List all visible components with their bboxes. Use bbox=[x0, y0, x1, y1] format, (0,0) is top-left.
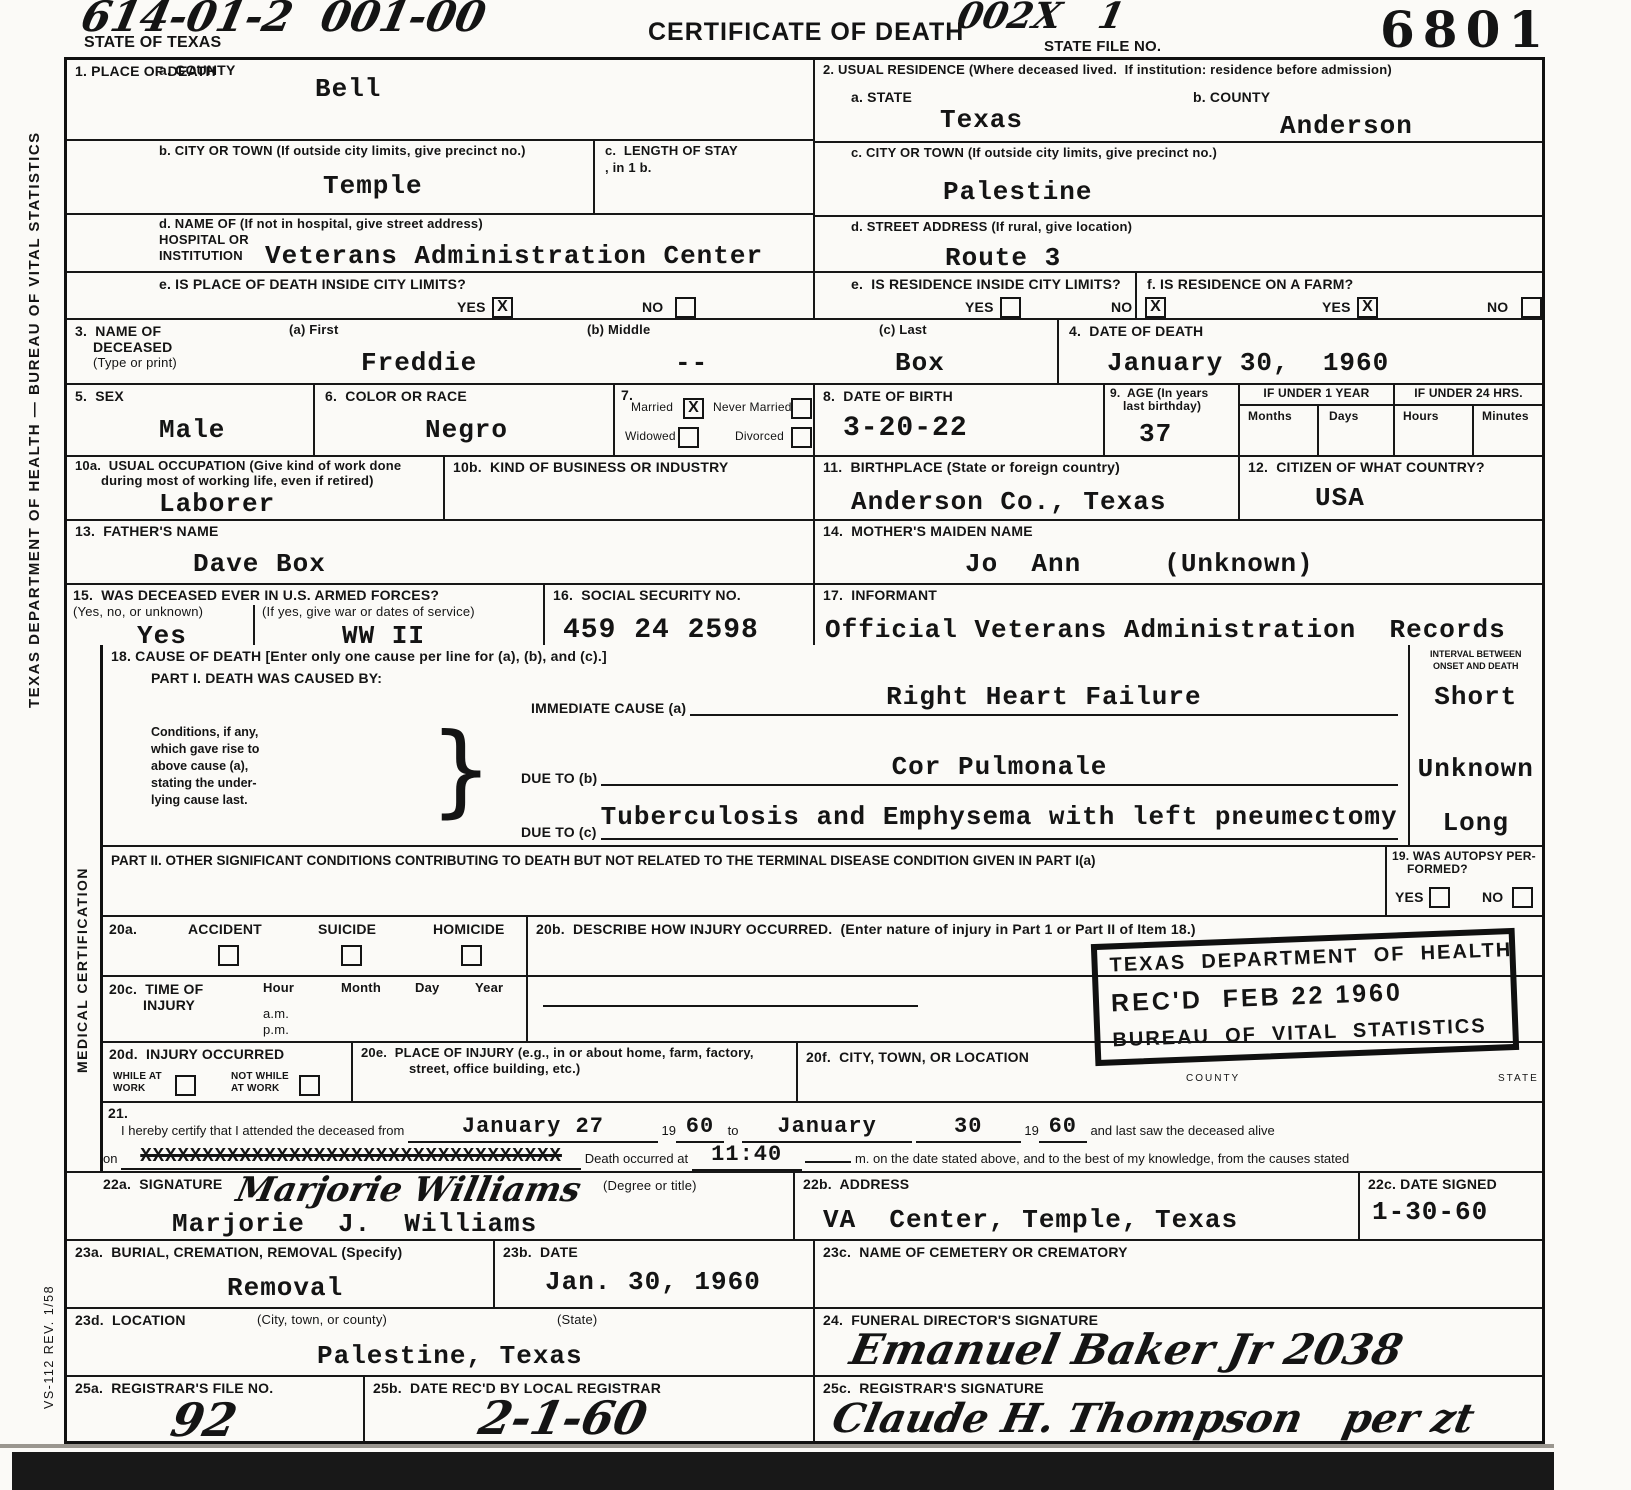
citizenship-label: 12. CITIZEN OF WHAT COUNTRY? bbox=[1248, 459, 1485, 475]
medical-certification-section: 18. CAUSE OF DEATH [Enter only one cause… bbox=[100, 645, 1542, 1171]
never-married-label: Never Married bbox=[713, 401, 792, 415]
marital-status-cell: 7. Married X Never Married Widowed Divor… bbox=[613, 385, 813, 455]
brace-glyph: } bbox=[401, 720, 521, 840]
cert-y2-value: 60 bbox=[1049, 1114, 1077, 1139]
days-label: Days bbox=[1329, 410, 1359, 424]
residence-city-value: Palestine bbox=[943, 179, 1092, 205]
under-1-year-cell: IF UNDER 1 YEAR Months Days bbox=[1238, 385, 1393, 455]
months-cell: Months bbox=[1240, 406, 1317, 455]
pm-label: p.m. bbox=[263, 1023, 289, 1038]
city-length-row: b. CITY OR TOWN (If outside city limits,… bbox=[67, 139, 813, 213]
due-to-b-line: DUE TO (b) Cor Pulmonale bbox=[521, 758, 1398, 786]
row-occupation-birthplace: 10a. USUAL OCCUPATION (Give kind of work… bbox=[67, 455, 1542, 519]
race-label: 6. COLOR OR RACE bbox=[325, 388, 467, 404]
yes-label: YES bbox=[457, 299, 486, 315]
divorced-label: Divorced bbox=[735, 430, 784, 444]
due-to-lines: DUE TO (b) Cor Pulmonale DUE TO (c) Tube… bbox=[521, 724, 1408, 840]
residence-county-cell: b. COUNTY Anderson bbox=[1185, 87, 1542, 141]
handwritten-code-right: 002X 1 bbox=[954, 0, 1127, 34]
cert-y1-value: 60 bbox=[686, 1114, 714, 1139]
cause-of-death-label: 18. CAUSE OF DEATH [Enter only one cause… bbox=[111, 648, 1408, 664]
death-city-limits-cell: e. IS PLACE OF DEATH INSIDE CITY LIMITS?… bbox=[67, 271, 813, 318]
accident-label: ACCIDENT bbox=[188, 921, 262, 937]
occupation-value: Laborer bbox=[159, 491, 275, 517]
residence-city-cell: c. CITY OR TOWN (If outside city limits,… bbox=[815, 141, 1542, 215]
informant-value: Official Veterans Administration Records bbox=[825, 617, 1506, 643]
burial-type-cell: 23a. BURIAL, CREMATION, REMOVAL (Specify… bbox=[67, 1241, 493, 1307]
county-cell: a. COUNTY Bell bbox=[67, 87, 813, 139]
stamp-line1: TEXAS DEPARTMENT OF HEALTH bbox=[1109, 940, 1500, 978]
mother-name-label: 14. MOTHER'S MAIDEN NAME bbox=[823, 523, 1033, 539]
never-married-checkbox bbox=[791, 398, 812, 419]
injury-answer-underline bbox=[543, 995, 918, 1007]
registrar-signature-label: 25c. REGISTRAR'S SIGNATURE bbox=[823, 1380, 1044, 1396]
conditions-note-line: above cause (a), bbox=[151, 758, 401, 775]
death-limits-no-checkbox bbox=[675, 297, 696, 318]
part1-label: PART I. DEATH WAS CAUSED BY: bbox=[151, 670, 1408, 686]
county-label: a. COUNTY bbox=[159, 62, 235, 78]
death-limits-yes-checkbox: X bbox=[492, 297, 513, 318]
days-cell: Days bbox=[1317, 406, 1393, 455]
immediate-cause-label: IMMEDIATE CAUSE (a) bbox=[531, 700, 686, 716]
not-while-line2: AT WORK bbox=[231, 1083, 279, 1094]
registrar-date-value: 2-1-60 bbox=[475, 1395, 651, 1441]
cert-tail-text: and last saw the deceased alive bbox=[1090, 1123, 1274, 1138]
residence-county-value: Anderson bbox=[1280, 113, 1413, 139]
street-address-cell: d. STREET ADDRESS (If rural, give locati… bbox=[815, 215, 1542, 271]
place-of-injury-cell: 20e. PLACE OF INJURY (e.g., in or about … bbox=[351, 1043, 796, 1101]
interval-b-value: Unknown bbox=[1418, 756, 1534, 782]
first-name-value: Freddie bbox=[361, 350, 477, 376]
due-to-c-line: DUE TO (c) Tuberculosis and Emphysema wi… bbox=[521, 812, 1398, 840]
father-name-cell: 13. FATHER'S NAME Dave Box bbox=[67, 521, 813, 583]
scan-bottom-bar bbox=[12, 1452, 1554, 1490]
row-certification: 21. I hereby certify that I attended the… bbox=[103, 1101, 1542, 1171]
cert-pre-text: I hereby certify that I attended the dec… bbox=[121, 1123, 404, 1138]
date-of-birth-value: 3-20-22 bbox=[843, 415, 968, 443]
physician-name-typed: Marjorie J. Williams bbox=[172, 1211, 537, 1237]
immediate-cause-value: Right Heart Failure bbox=[886, 682, 1201, 712]
checkbox-mark: X bbox=[685, 400, 702, 416]
divider bbox=[253, 605, 255, 645]
name-of-deceased-cell: 3. NAME OF DECEASED (Type or print) (a) … bbox=[67, 320, 1057, 383]
due-to-c-underline: Tuberculosis and Emphysema with left pne… bbox=[601, 812, 1398, 840]
last-name-value: Box bbox=[895, 350, 945, 376]
received-stamp: TEXAS DEPARTMENT OF HEALTH REC'D FEB 22 … bbox=[1091, 928, 1519, 1066]
row-part2-autopsy: PART II. OTHER SIGNIFICANT CONDITIONS CO… bbox=[103, 845, 1542, 915]
stamp-line3: BUREAU OF VITAL STATISTICS bbox=[1112, 1014, 1503, 1052]
cert-struck-value: XXXXXXXXXXXXXXXXXXXXXXXXXXXXXXXXXX bbox=[140, 1145, 562, 1167]
row-parents: 13. FATHER'S NAME Dave Box 14. MOTHER'S … bbox=[67, 519, 1542, 583]
homicide-label: HOMICIDE bbox=[433, 921, 505, 937]
ssn-label: 16. SOCIAL SECURITY NO. bbox=[553, 587, 741, 603]
name-label3: (Type or print) bbox=[93, 356, 177, 371]
middle-name-label: (b) Middle bbox=[587, 323, 650, 338]
state-file-no-label: STATE FILE NO. bbox=[1044, 38, 1161, 55]
suicide-checkbox bbox=[341, 945, 362, 966]
street-address-label: d. STREET ADDRESS (If rural, give locati… bbox=[851, 220, 1132, 235]
item-20a-label: 20a. bbox=[109, 921, 137, 937]
residence-farm-cell: f. IS RESIDENCE ON A FARM? YES X NO bbox=[1135, 273, 1542, 318]
hospital-value: Veterans Administration Center bbox=[265, 243, 763, 269]
day-label: Day bbox=[415, 981, 439, 996]
county-small-label: COUNTY bbox=[1186, 1073, 1240, 1085]
mother-name-value: Jo Ann (Unknown) bbox=[965, 551, 1314, 577]
minutes-cell: Minutes bbox=[1472, 406, 1542, 455]
occupation-cell: 10a. USUAL OCCUPATION (Give kind of work… bbox=[67, 457, 443, 519]
middle-name-value: -- bbox=[675, 350, 708, 376]
while-at-work-label: WHILE ATWORK bbox=[113, 1071, 162, 1094]
under-24-hrs-label: IF UNDER 24 HRS. bbox=[1395, 385, 1542, 404]
age-value: 37 bbox=[1139, 421, 1172, 447]
residence-limits-farm-row: e. IS RESIDENCE INSIDE CITY LIMITS? YES … bbox=[815, 271, 1542, 318]
hospital-label2: HOSPITAL OR bbox=[159, 233, 249, 248]
residence-farm-no-checkbox bbox=[1521, 297, 1542, 318]
location-label: 23d. LOCATION bbox=[75, 1312, 186, 1328]
occupation-label1: 10a. USUAL OCCUPATION (Give kind of work… bbox=[75, 459, 401, 474]
row-registrar: 25a. REGISTRAR'S FILE NO. 92 25b. DATE R… bbox=[67, 1375, 1542, 1441]
cert-on-text: on bbox=[103, 1151, 117, 1166]
margin-agency-label: TEXAS DEPARTMENT OF HEALTH — BUREAU OF V… bbox=[26, 115, 43, 725]
armed-forces-label: 15. WAS DECEASED EVER IN U.S. ARMED FORC… bbox=[73, 587, 439, 603]
signature-label: 22a. SIGNATURE bbox=[103, 1176, 222, 1192]
suicide-label: SUICIDE bbox=[318, 921, 376, 937]
residence-city-limits-cell: e. IS RESIDENCE INSIDE CITY LIMITS? YES … bbox=[815, 273, 1135, 318]
date-signed-label: 22c. DATE SIGNED bbox=[1368, 1176, 1497, 1192]
section-place-of-death: 1. PLACE OF DEATH a. COUNTY Bell b. CITY… bbox=[67, 60, 813, 318]
burial-date-value: Jan. 30, 1960 bbox=[545, 1269, 761, 1295]
while-at-work-checkbox bbox=[175, 1075, 196, 1096]
interval-header: INTERVAL BETWEEN ONSET AND DEATH bbox=[1430, 649, 1522, 672]
cert-time-value: 11:40 bbox=[711, 1142, 782, 1167]
interval-c-value: Long bbox=[1443, 810, 1509, 836]
month-label: Month bbox=[341, 981, 381, 996]
cert-to-text: to bbox=[728, 1123, 739, 1138]
no-label: NO bbox=[1482, 889, 1503, 905]
residence-state-cell: a. STATE Texas bbox=[815, 87, 1185, 141]
residence-farm-label: f. IS RESIDENCE ON A FARM? bbox=[1147, 276, 1353, 292]
autopsy-yes-checkbox bbox=[1429, 887, 1450, 908]
row-location-funeral: 23d. LOCATION (City, town, or county) (S… bbox=[67, 1307, 1542, 1375]
date-of-death-label: 4. DATE OF DEATH bbox=[1069, 323, 1203, 339]
state-small-label: STATE bbox=[1498, 1073, 1539, 1085]
divorced-checkbox bbox=[791, 427, 812, 448]
scan-edge-line bbox=[0, 1444, 1554, 1448]
mother-name-cell: 14. MOTHER'S MAIDEN NAME Jo Ann (Unknown… bbox=[813, 521, 1542, 583]
due-to-b-underline: Cor Pulmonale bbox=[601, 758, 1397, 786]
autopsy-no-checkbox bbox=[1512, 887, 1533, 908]
armed-forces-cell: 15. WAS DECEASED EVER IN U.S. ARMED FORC… bbox=[67, 585, 543, 645]
industry-cell: 10b. KIND OF BUSINESS OR INDUSTRY bbox=[443, 457, 813, 519]
physician-signature-script: Marjorie Williams bbox=[233, 1173, 583, 1207]
cert-today-value: 30 bbox=[954, 1114, 982, 1139]
no-label: NO bbox=[1487, 299, 1508, 315]
married-label: Married bbox=[631, 401, 673, 415]
time-of-injury-label1: 20c. TIME OF bbox=[109, 981, 203, 997]
row-cause-of-death: 18. CAUSE OF DEATH [Enter only one cause… bbox=[103, 645, 1542, 845]
burial-type-value: Removal bbox=[227, 1275, 343, 1301]
describe-injury-label: 20b. DESCRIBE HOW INJURY OCCURRED. (Ente… bbox=[536, 921, 1196, 937]
physician-address-cell: 22b. ADDRESS VA Center, Temple, Texas bbox=[793, 1173, 1358, 1239]
registrar-file-cell: 25a. REGISTRAR'S FILE NO. 92 bbox=[67, 1377, 363, 1441]
armed-forces-sub1: (Yes, no, or unknown) bbox=[73, 605, 203, 620]
no-label: NO bbox=[1111, 299, 1132, 315]
hospital-cell: d. NAME OF (If not in hospital, give str… bbox=[67, 213, 813, 271]
due-to-b-value: Cor Pulmonale bbox=[892, 752, 1108, 782]
residence-county-label: b. COUNTY bbox=[1193, 89, 1270, 105]
under-1-year-subcells: Months Days bbox=[1240, 404, 1393, 455]
race-cell: 6. COLOR OR RACE Negro bbox=[313, 385, 613, 455]
interval-header-line1: INTERVAL BETWEEN bbox=[1430, 649, 1522, 661]
father-name-label: 13. FATHER'S NAME bbox=[75, 523, 219, 539]
immediate-cause-underline: Right Heart Failure bbox=[690, 688, 1397, 716]
cert-y2-underline: 60 bbox=[1039, 1119, 1087, 1143]
place-of-injury-label1: 20e. PLACE OF INJURY (e.g., in or about … bbox=[361, 1046, 754, 1061]
time-of-injury-label2: INJURY bbox=[143, 997, 195, 1013]
autopsy-cell: 19. WAS AUTOPSY PER- FORMED? YES NO bbox=[1385, 847, 1542, 915]
sex-cell: 5. SEX Male bbox=[67, 385, 313, 455]
part2-cell: PART II. OTHER SIGNIFICANT CONDITIONS CO… bbox=[103, 847, 1385, 915]
yes-label: YES bbox=[1395, 889, 1424, 905]
address-value: VA Center, Temple, Texas bbox=[823, 1207, 1238, 1233]
injury-occurred-label: 20d. INJURY OCCURRED bbox=[109, 1046, 284, 1062]
physician-signature-cell: 22a. SIGNATURE Marjorie Williams Marjori… bbox=[67, 1173, 793, 1239]
cert-death-at-text: Death occurred at bbox=[585, 1151, 688, 1166]
name-label2: DECEASED bbox=[93, 339, 172, 355]
hospital-label: d. NAME OF (If not in hospital, give str… bbox=[159, 217, 483, 232]
cemetery-label: 23c. NAME OF CEMETERY OR CREMATORY bbox=[823, 1244, 1128, 1260]
not-while-at-work-label: NOT WHILEAT WORK bbox=[231, 1071, 289, 1094]
cert-from-underline: January 27 bbox=[408, 1119, 658, 1143]
registrar-file-value: 92 bbox=[167, 1397, 241, 1443]
row-forces-ssn-informant: 15. WAS DECEASED EVER IN U.S. ARMED FORC… bbox=[67, 583, 1542, 645]
cert-19b-text: 19 bbox=[1024, 1123, 1038, 1138]
cert-19-text: 19 bbox=[662, 1123, 676, 1138]
date-signed-value: 1-30-60 bbox=[1372, 1199, 1488, 1225]
burial-date-label: 23b. DATE bbox=[503, 1244, 578, 1260]
conditions-note-line: lying cause last. bbox=[151, 792, 401, 809]
length-of-stay-label2: , in 1 b. bbox=[605, 161, 652, 176]
last-name-label: (c) Last bbox=[879, 323, 927, 338]
age-cell: 9. AGE (In years last birthday) 37 bbox=[1103, 385, 1238, 455]
residence-limits-yes-checkbox bbox=[1000, 297, 1021, 318]
row-name-dateofdeath: 3. NAME OF DECEASED (Type or print) (a) … bbox=[67, 318, 1542, 383]
injury-city-label: 20f. CITY, TOWN, OR LOCATION bbox=[806, 1049, 1029, 1065]
while-at-work-line2: WORK bbox=[113, 1083, 145, 1094]
burial-date-cell: 23b. DATE Jan. 30, 1960 bbox=[493, 1241, 813, 1307]
homicide-checkbox bbox=[461, 945, 482, 966]
autopsy-label2: FORMED? bbox=[1407, 863, 1468, 877]
section-usual-residence: 2. USUAL RESIDENCE (Where deceased lived… bbox=[813, 60, 1542, 318]
registrar-file-label: 25a. REGISTRAR'S FILE NO. bbox=[75, 1380, 273, 1396]
death-city-limits-label: e. IS PLACE OF DEATH INSIDE CITY LIMITS? bbox=[159, 276, 466, 292]
injury-occurred-cell: 20d. INJURY OCCURRED WHILE ATWORK NOT WH… bbox=[103, 1043, 351, 1101]
certification-line2: on XXXXXXXXXXXXXXXXXXXXXXXXXXXXXXXXXX De… bbox=[103, 1147, 1536, 1171]
residence-state-value: Texas bbox=[940, 107, 1023, 133]
widowed-label: Widowed bbox=[625, 430, 676, 444]
cert-time-underline: 11:40 bbox=[692, 1147, 802, 1171]
cert-m-tail-text: m. on the date stated above, and to the … bbox=[855, 1151, 1349, 1166]
residence-limits-label: e. IS RESIDENCE INSIDE CITY LIMITS? bbox=[851, 276, 1121, 292]
birthplace-label: 11. BIRTHPLACE (State or foreign country… bbox=[823, 459, 1120, 475]
cert-y1-underline: 60 bbox=[676, 1119, 724, 1143]
usual-residence-label: 2. USUAL RESIDENCE (Where deceased lived… bbox=[815, 60, 1542, 87]
birthplace-cell: 11. BIRTHPLACE (State or foreign country… bbox=[813, 457, 1238, 519]
minutes-label: Minutes bbox=[1482, 410, 1529, 424]
city-cell: b. CITY OR TOWN (If outside city limits,… bbox=[67, 141, 593, 213]
funeral-director-signature: Emanuel Baker Jr 2038 bbox=[847, 1329, 1407, 1371]
armed-forces-sub2: (If yes, give war or dates of service) bbox=[262, 605, 475, 620]
state-of-texas-label: STATE OF TEXAS bbox=[84, 34, 221, 52]
no-label: NO bbox=[642, 299, 663, 315]
row-burial: 23a. BURIAL, CREMATION, REMOVAL (Specify… bbox=[67, 1239, 1542, 1307]
year-label: Year bbox=[475, 981, 503, 996]
sex-value: Male bbox=[159, 417, 225, 443]
months-label: Months bbox=[1248, 410, 1292, 424]
hours-cell: Hours bbox=[1395, 406, 1472, 455]
citizenship-cell: 12. CITIZEN OF WHAT COUNTRY? USA bbox=[1238, 457, 1542, 519]
certificate-title: CERTIFICATE OF DEATH bbox=[648, 18, 964, 47]
time-of-injury-cell: 20c. TIME OF INJURY Hour a.m. p.m. Month… bbox=[103, 977, 526, 1041]
certification-line1: I hereby certify that I attended the dec… bbox=[121, 1119, 1536, 1143]
length-of-stay-label: c. LENGTH OF STAY bbox=[605, 144, 738, 159]
cert-m-underline bbox=[805, 1151, 851, 1163]
cert-from-value: January 27 bbox=[462, 1114, 604, 1139]
burial-location-cell: 23d. LOCATION (City, town, or county) (S… bbox=[67, 1309, 813, 1375]
date-of-birth-cell: 8. DATE OF BIRTH 3-20-22 bbox=[813, 385, 1103, 455]
county-value: Bell bbox=[315, 76, 381, 102]
cert-tomonth-underline: January bbox=[742, 1119, 912, 1143]
certificate-form: 1. PLACE OF DEATH a. COUNTY Bell b. CITY… bbox=[64, 57, 1545, 1444]
citizenship-value: USA bbox=[1315, 485, 1365, 511]
location-sub1: (City, town, or county) bbox=[257, 1313, 387, 1328]
married-checkbox: X bbox=[683, 398, 704, 419]
cert-lastseen-underline: XXXXXXXXXXXXXXXXXXXXXXXXXXXXXXXXXX bbox=[121, 1149, 581, 1170]
while-at-work-line1: WHILE AT bbox=[113, 1071, 162, 1082]
registrar-signature-value: Claude H. Thompson per zt bbox=[829, 1399, 1478, 1439]
registrar-signature-cell: 25c. REGISTRAR'S SIGNATURE Claude H. Tho… bbox=[813, 1377, 1542, 1441]
state-file-number: 6801 bbox=[1380, 0, 1551, 59]
not-while-at-work-checkbox bbox=[299, 1075, 320, 1096]
residence-state-label: a. STATE bbox=[851, 89, 912, 105]
informant-label: 17. INFORMANT bbox=[823, 587, 937, 603]
ssn-value: 459 24 2598 bbox=[563, 617, 759, 645]
residence-city-label: c. CITY OR TOWN (If outside city limits,… bbox=[851, 146, 1217, 161]
street-address-value: Route 3 bbox=[945, 245, 1061, 271]
accident-suicide-homicide-cell: 20a. ACCIDENT SUICIDE HOMICIDE bbox=[103, 917, 526, 975]
location-value: Palestine, Texas bbox=[317, 1343, 583, 1369]
interval-a-value: Short bbox=[1434, 684, 1517, 710]
address-label: 22b. ADDRESS bbox=[803, 1176, 909, 1192]
widowed-checkbox bbox=[678, 427, 699, 448]
am-label: a.m. bbox=[263, 1007, 289, 1022]
yes-label: YES bbox=[965, 299, 994, 315]
date-of-death-value: January 30, 1960 bbox=[1107, 350, 1389, 376]
under-24-hrs-subcells: Hours Minutes bbox=[1395, 404, 1542, 455]
handwritten-code-left: 614-01-2 001-00 bbox=[78, 0, 490, 38]
due-to-grid: Conditions, if any, which gave rise to a… bbox=[111, 724, 1408, 840]
hour-label: Hour bbox=[263, 981, 294, 996]
burial-type-label: 23a. BURIAL, CREMATION, REMOVAL (Specify… bbox=[75, 1244, 402, 1260]
row-physician-signature: 22a. SIGNATURE Marjorie Williams Marjori… bbox=[67, 1171, 1542, 1239]
yes-label: YES bbox=[1322, 299, 1351, 315]
cert-today-underline: 30 bbox=[916, 1119, 1021, 1143]
cemetery-cell: 23c. NAME OF CEMETERY OR CREMATORY bbox=[813, 1241, 1542, 1307]
row-sex-race-birth: 5. SEX Male 6. COLOR OR RACE Negro 7. Ma… bbox=[67, 383, 1542, 455]
checkbox-mark: X bbox=[1359, 299, 1376, 315]
first-name-label: (a) First bbox=[289, 323, 338, 338]
funeral-director-cell: 24. FUNERAL DIRECTOR'S SIGNATURE Emanuel… bbox=[813, 1309, 1542, 1375]
industry-label: 10b. KIND OF BUSINESS OR INDUSTRY bbox=[453, 459, 728, 475]
conditions-note-line: Conditions, if any, bbox=[151, 724, 401, 741]
birthplace-value: Anderson Co., Texas bbox=[851, 489, 1166, 515]
date-of-death-cell: 4. DATE OF DEATH January 30, 1960 bbox=[1057, 320, 1542, 383]
checkbox-mark: X bbox=[494, 299, 511, 315]
degree-or-title-label: (Degree or title) bbox=[603, 1179, 697, 1194]
date-signed-cell: 22c. DATE SIGNED 1-30-60 bbox=[1358, 1173, 1542, 1239]
interval-column: INTERVAL BETWEEN ONSET AND DEATH Short U… bbox=[1408, 645, 1542, 845]
interval-header-line2: ONSET AND DEATH bbox=[1430, 661, 1522, 673]
conditions-note: Conditions, if any, which gave rise to a… bbox=[111, 724, 401, 840]
sex-label: 5. SEX bbox=[75, 388, 124, 404]
conditions-note-line: stating the under- bbox=[151, 775, 401, 792]
age-label2: last birthday) bbox=[1123, 400, 1201, 414]
death-certificate-sheet: TEXAS DEPARTMENT OF HEALTH — BUREAU OF V… bbox=[0, 0, 1631, 1490]
conditions-note-line: which gave rise to bbox=[151, 741, 401, 758]
under-1-year-label: IF UNDER 1 YEAR bbox=[1240, 385, 1393, 404]
date-of-birth-label: 8. DATE OF BIRTH bbox=[823, 388, 953, 404]
due-to-c-label: DUE TO (c) bbox=[521, 824, 597, 840]
location-sub2: (State) bbox=[557, 1313, 597, 1328]
not-while-line1: NOT WHILE bbox=[231, 1071, 289, 1082]
father-name-value: Dave Box bbox=[193, 551, 326, 577]
name-label1: 3. NAME OF bbox=[75, 323, 161, 339]
place-of-injury-label2: street, office building, etc.) bbox=[409, 1062, 580, 1077]
residence-farm-yes-checkbox: X bbox=[1357, 297, 1378, 318]
cert-tomonth-value: January bbox=[777, 1114, 876, 1139]
occupation-label2: during most of working life, even if ret… bbox=[101, 474, 374, 489]
accident-checkbox bbox=[218, 945, 239, 966]
hospital-label3: INSTITUTION bbox=[159, 249, 243, 264]
cause-of-death-main: 18. CAUSE OF DEATH [Enter only one cause… bbox=[103, 645, 1408, 845]
city-label: b. CITY OR TOWN (If outside city limits,… bbox=[159, 144, 526, 159]
race-value: Negro bbox=[425, 417, 508, 443]
state-county-row: a. STATE Texas b. COUNTY Anderson bbox=[815, 87, 1542, 141]
due-to-b-label: DUE TO (b) bbox=[521, 770, 597, 786]
under-24-hrs-cell: IF UNDER 24 HRS. Hours Minutes bbox=[1393, 385, 1542, 455]
due-to-c-value: Tuberculosis and Emphysema with left pne… bbox=[601, 802, 1398, 832]
length-of-stay-cell: c. LENGTH OF STAY , in 1 b. bbox=[593, 141, 813, 213]
informant-cell: 17. INFORMANT Official Veterans Administ… bbox=[813, 585, 1542, 645]
hours-label: Hours bbox=[1403, 410, 1439, 424]
immediate-cause-line: IMMEDIATE CAUSE (a) Right Heart Failure bbox=[531, 688, 1398, 716]
margin-form-code: VS-112 REV. 1/58 bbox=[42, 1252, 56, 1442]
city-value: Temple bbox=[323, 173, 423, 199]
stamp-line2: REC'D FEB 22 1960 bbox=[1111, 974, 1502, 1018]
registrar-date-cell: 25b. DATE REC'D BY LOCAL REGISTRAR 2-1-6… bbox=[363, 1377, 813, 1441]
row-place-residence: 1. PLACE OF DEATH a. COUNTY Bell b. CITY… bbox=[67, 60, 1542, 318]
ssn-cell: 16. SOCIAL SECURITY NO. 459 24 2598 bbox=[543, 585, 813, 645]
